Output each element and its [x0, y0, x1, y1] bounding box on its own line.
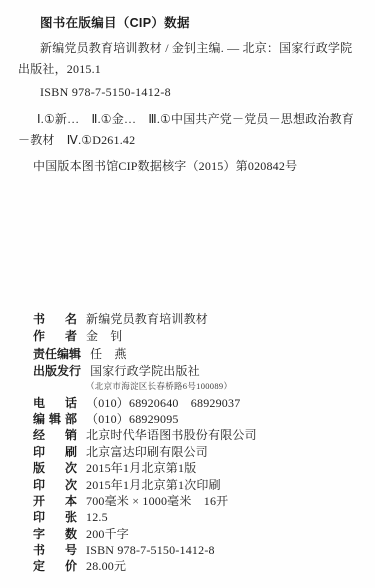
- field-value: 金 钊: [86, 327, 123, 344]
- publication-row: 书号ISBN 978-7-5150-1412-8: [33, 541, 363, 557]
- field-label-char: 开: [33, 492, 45, 509]
- field-label-char: 定: [33, 557, 45, 574]
- field-label-char: 号: [65, 541, 77, 558]
- field-label: 开本: [33, 492, 77, 509]
- field-label-char: 刷: [65, 443, 77, 460]
- field-value: ISBN 978-7-5150-1412-8: [86, 543, 215, 558]
- field-label-char: 者: [65, 327, 77, 344]
- field-label: 编辑部: [33, 410, 77, 427]
- field-value: 700毫米 × 1000毫米 16开: [86, 492, 228, 509]
- publication-row: 作者金 钊: [33, 327, 363, 344]
- field-label-char: 经: [33, 426, 45, 443]
- field-label-char: 版: [45, 362, 57, 379]
- field-label-char: 发: [57, 362, 69, 379]
- publication-row: 印刷北京富达印刷有限公司: [33, 443, 363, 459]
- field-label-char: 本: [65, 492, 77, 509]
- field-value: 200千字: [86, 525, 129, 542]
- publication-row: 印次2015年1月北京第1次印刷: [33, 476, 363, 492]
- field-value: （010）68920640 68929037: [86, 394, 240, 411]
- field-label: 出版发行: [33, 362, 81, 379]
- field-label: 作者: [33, 327, 77, 344]
- field-label: 定价: [33, 557, 77, 574]
- cip-isbn: ISBN 978-7-5150-1412-8: [40, 84, 363, 100]
- field-label-char: 书: [33, 310, 45, 327]
- field-label-char: 销: [65, 426, 77, 443]
- publication-row: 电话（010）68920640 68929037: [33, 394, 363, 410]
- field-label-char: 张: [65, 508, 77, 525]
- field-label-char: 名: [65, 310, 77, 327]
- field-label: 印张: [33, 508, 77, 525]
- cip-classification: Ⅰ.①新… Ⅱ.①金… Ⅲ.①中国共产党－党员－思想政治教育－教材 Ⅳ.①D26…: [18, 109, 363, 150]
- field-label-char: 出: [33, 362, 45, 379]
- field-label: 印次: [33, 476, 77, 493]
- field-label-char: 字: [33, 525, 45, 542]
- field-value: 国家行政学院出版社: [90, 362, 200, 379]
- field-label-char: 印: [33, 508, 45, 525]
- field-label-char: 次: [65, 459, 77, 476]
- field-label-char: 作: [33, 327, 45, 344]
- cip-data-block: 图书在版编目（CIP）数据 新编党员教育培训教材 / 金钊主编. — 北京：国家…: [18, 15, 363, 174]
- publication-row: 书名新编党员教育培训教材: [33, 310, 363, 327]
- field-label-char: 任: [45, 345, 57, 362]
- field-value: 任 燕: [90, 345, 127, 362]
- field-value: 12.5: [86, 510, 108, 525]
- field-label: 责任编辑: [33, 345, 81, 362]
- publication-row: 字数200千字: [33, 525, 363, 541]
- publication-row: 印张12.5: [33, 508, 363, 524]
- publication-row: 开本700毫米 × 1000毫米 16开: [33, 492, 363, 508]
- field-label-char: 印: [33, 476, 45, 493]
- field-label-char: 印: [33, 443, 45, 460]
- publication-row: 经销北京时代华语图书股份有限公司: [33, 426, 363, 442]
- field-value: 2015年1月北京第1版: [86, 459, 196, 476]
- field-label: 书号: [33, 541, 77, 558]
- publication-info-block: 书名新编党员教育培训教材作者金 钊责任编辑任 燕出版发行国家行政学院出版社（北京…: [33, 310, 363, 574]
- field-label: 书名: [33, 310, 77, 327]
- field-value: （010）68929095: [86, 410, 179, 427]
- publication-row: 责任编辑任 燕: [33, 345, 363, 362]
- field-value: 新编党员教育培训教材: [86, 310, 208, 327]
- field-label: 版次: [33, 459, 77, 476]
- field-value: 北京富达印刷有限公司: [86, 443, 208, 460]
- field-label-char: 辑: [49, 410, 61, 427]
- field-label-char: 话: [65, 394, 77, 411]
- field-label-char: 价: [65, 557, 77, 574]
- field-label: 印刷: [33, 443, 77, 460]
- field-label: 经销: [33, 426, 77, 443]
- field-label: 电话: [33, 394, 77, 411]
- field-label-char: 书: [33, 541, 45, 558]
- field-label: 字数: [33, 525, 77, 542]
- publication-row: 版次2015年1月北京第1版: [33, 459, 363, 475]
- field-label-char: 电: [33, 394, 45, 411]
- cip-heading: 图书在版编目（CIP）数据: [40, 15, 363, 31]
- publication-row: 出版发行国家行政学院出版社: [33, 362, 363, 379]
- copyright-page: 图书在版编目（CIP）数据 新编党员教育培训教材 / 金钊主编. — 北京：国家…: [0, 0, 375, 588]
- publisher-address-note: （北京市海淀区长春桥路6号100089）: [33, 380, 363, 394]
- field-label-char: 辑: [69, 345, 81, 362]
- field-label-char: 编: [33, 410, 45, 427]
- field-value: 28.00元: [86, 557, 126, 574]
- field-label-char: 数: [65, 525, 77, 542]
- field-label-char: 版: [33, 459, 45, 476]
- field-value: 2015年1月北京第1次印刷: [86, 476, 221, 493]
- publication-row: 编辑部（010）68929095: [33, 410, 363, 426]
- field-label-char: 编: [57, 345, 69, 362]
- cip-description: 新编党员教育培训教材 / 金钊主编. — 北京：国家行政学院出版社，2015.1: [18, 38, 363, 79]
- field-value: 北京时代华语图书股份有限公司: [86, 426, 257, 443]
- publication-row: 定价28.00元: [33, 557, 363, 573]
- field-label-char: 行: [69, 362, 81, 379]
- field-label-char: 部: [65, 410, 77, 427]
- field-label-char: 责: [33, 345, 45, 362]
- field-label-char: 次: [65, 476, 77, 493]
- cip-record-number: 中国版本图书馆CIP数据核字（2015）第020842号: [33, 158, 363, 174]
